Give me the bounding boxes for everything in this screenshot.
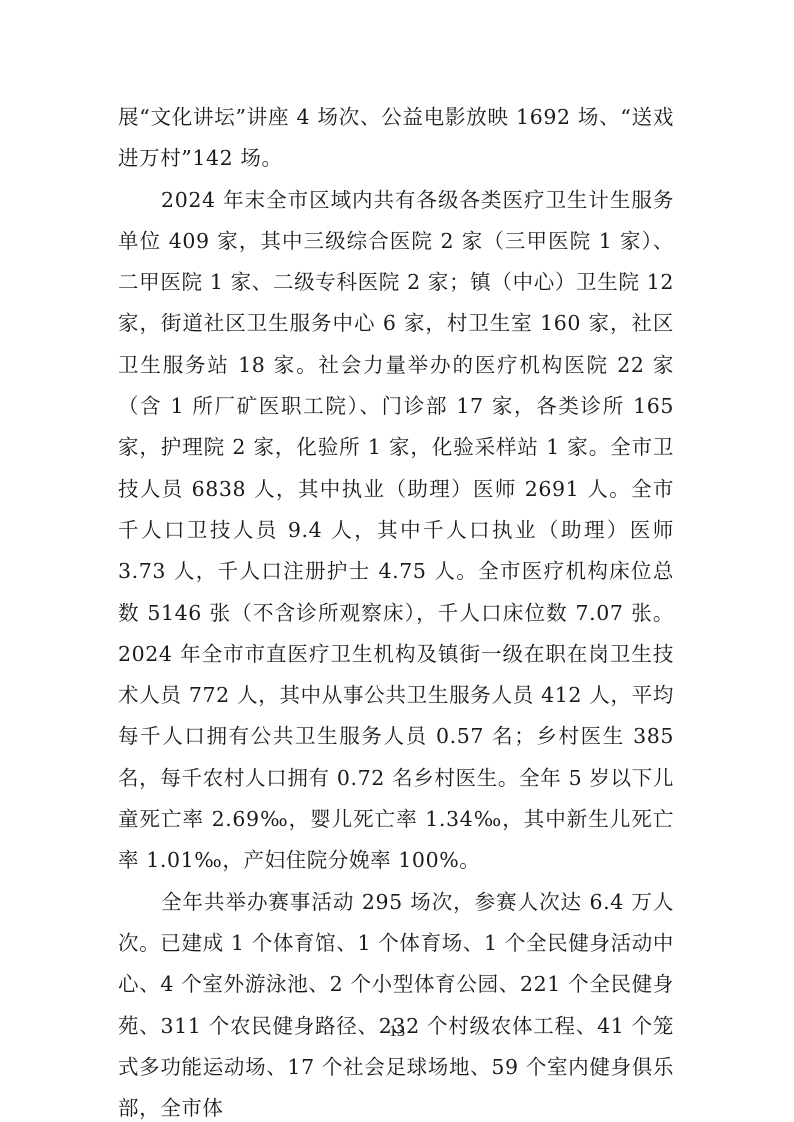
paragraph-culture-continuation: 展“文化讲坛”讲座 4 场次、公益电影放映 1692 场、“送戏进万村”142 … [118, 97, 674, 180]
document-page: 展“文化讲坛”讲座 4 场次、公益电影放映 1692 场、“送戏进万村”142 … [0, 0, 794, 1122]
body-text: 展“文化讲坛”讲座 4 场次、公益电影放映 1692 场、“送戏进万村”142 … [118, 97, 674, 1122]
page-number: - 13 - [0, 1023, 794, 1041]
paragraph-healthcare: 2024 年末全市区域内共有各级各类医疗卫生计生服务单位 409 家，其中三级综… [118, 180, 674, 882]
paragraph-sports: 全年共举办赛事活动 295 场次，参赛人次达 6.4 万人次。已建成 1 个体育… [118, 882, 674, 1122]
